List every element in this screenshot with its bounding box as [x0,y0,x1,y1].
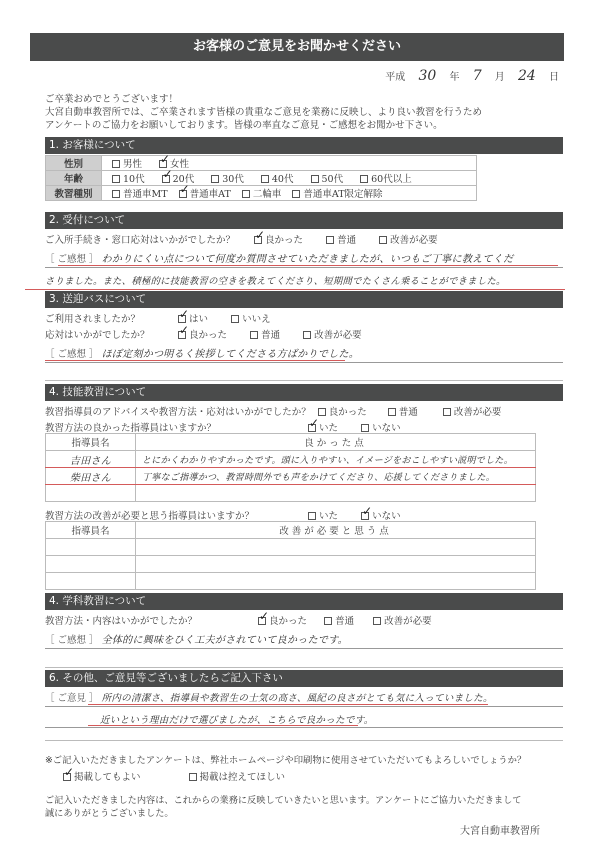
ruled-line [45,380,563,381]
good-point[interactable] [136,485,536,502]
instructor-eval-question: 教習指導員のアドバイスや教習方法・応対はいかがでしたか？ [45,407,311,418]
table-row[interactable] [46,573,536,590]
checkbox-checked-icon[interactable] [178,331,186,339]
academic-comment-line-1: 全体的に興味をひく工夫がされていて良かったです。 [102,635,348,646]
other-comment[interactable]: ［ ご意見 ］ 所内の清潔さ、指導員や教習生の士気の高さ、風紀の良さがとても気に… [45,690,563,704]
good-instructor-yes[interactable]: いた [308,420,338,434]
intro-text: ご卒業おめでとうございます！ 大宮自動車教習所では、ご卒業されます皆様の貴重なご… [45,93,565,132]
date-day-unit: 日 [549,72,559,83]
bad-instructor-yes[interactable]: いた [308,508,338,522]
checkbox-checked-icon[interactable] [254,236,262,244]
instructor-eval-improve[interactable]: 改善が必要 [443,404,502,418]
intro-line-1: ご卒業おめでとうございます！ [45,93,565,106]
bad-instructor-table: 指導員名 改善が必要と思う点 [45,521,536,590]
improve-point[interactable] [136,539,536,556]
bad-instructor-no[interactable]: いない [361,508,401,522]
section-6-header: 6. その他、ご意見等ございましたらご記入下さい [45,670,563,687]
course-option-mt[interactable]: 普通車MT [112,186,168,200]
checkbox-icon[interactable] [324,617,332,625]
instructor-eval-good[interactable]: 良かった [318,404,367,418]
instructor-name[interactable]: 柴田さん [46,468,136,485]
checkbox-icon[interactable] [292,190,300,198]
col-improve-point: 改善が必要と思う点 [136,522,536,539]
checkbox-checked-icon[interactable] [178,315,186,323]
checkbox-icon[interactable] [250,331,258,339]
checkbox-icon[interactable] [443,408,451,416]
checkbox-icon[interactable] [112,160,120,168]
good-instructor-question: 教習方法の良かった指導員はいますか？ [45,420,285,434]
table-row[interactable] [46,485,536,502]
course-option-at[interactable]: 普通車AT [179,186,231,200]
bus-usage-row: ご利用されましたか？ はい いいえ [45,311,271,325]
checkbox-icon[interactable] [388,408,396,416]
course-option-at-limit-removal[interactable]: 普通車AT限定解除 [292,186,382,200]
table-row[interactable] [46,539,536,556]
checkbox-checked-icon[interactable] [162,175,170,183]
date-year[interactable]: 30 [418,68,436,84]
improve-point[interactable] [136,556,536,573]
ruled-line [45,727,563,728]
other-comment-line-1: 所内の清潔さ、指導員や教習生の士気の高さ、風紀の良さがとても気に入っていました。 [102,693,493,704]
signature: 大宮自動車教習所 [460,822,540,837]
gender-row: 性別 男性 女性 [46,156,477,171]
section-1-header: 1. お客様について [45,137,563,154]
date-day[interactable]: 24 [518,68,536,84]
ruled-line [45,648,563,649]
course-type-row: 教習種別 普通車MT 普通車AT 二輪車 普通車AT限定解除 [46,186,477,201]
checkbox-icon[interactable] [231,315,239,323]
checkbox-icon[interactable] [308,512,316,520]
intro-line-3: アンケートのご協力をお願いしております。皆様の率直なご意見・ご感想をお聞かせ下さ… [45,119,565,132]
reception-option-improve[interactable]: 改善が必要 [379,232,438,246]
checkbox-icon[interactable] [303,331,311,339]
date-line: 平成 30 年 7 月 24 日 [385,68,559,84]
academic-option-improve[interactable]: 改善が必要 [373,613,432,627]
checkbox-icon[interactable] [112,190,120,198]
comment-label: ［ ご感想 ］ [45,635,99,646]
checkbox-icon[interactable] [318,408,326,416]
age-option-40s[interactable]: 40代 [261,171,294,185]
publish-question: ※ご記入いただきましたアンケートは、弊社ホームページや印刷物に使用させていただい… [45,752,526,766]
reception-question-row: ご入所手続き・窓口応対はいかがでしたか？ 良かった 普通 改善が必要 [45,232,438,246]
reception-option-normal[interactable]: 普通 [326,232,356,246]
ruled-line [45,706,563,707]
closing-line-2: 誠にありがとうございました。 [45,807,565,820]
reception-comment-cont: さりました。また、積極的に技能教習の空きを教えてくださり、短期間でたくさん乗るこ… [45,273,563,287]
section-4-header: 4. 技能教習について [45,384,563,401]
age-option-60s-plus[interactable]: 60代以上 [360,171,412,185]
bus-comment-line-1: ほぼ定刻かつ明るく挨拶してくださる方ばかりでした。 [102,349,360,360]
reception-question: ご入所手続き・窓口応対はいかがでしたか？ [45,235,235,246]
improve-point[interactable] [136,573,536,590]
age-label: 年齢 [46,171,102,186]
comment-label: ［ ご意見 ］ [45,693,99,704]
intro-line-2: 大宮自動車教習所では、ご卒業されます皆様の貴重なご意見を業務に反映し、より良い教… [45,106,565,119]
bad-instructor-row: 教習方法の改善が必要と思う指導員はいますか？ いた いない [45,508,401,522]
good-point[interactable]: 丁寧なご指導かつ、教習時間外でも声をかけてくださり、応援してくださりました。 [136,468,536,485]
underline [88,725,358,726]
bus-service-normal[interactable]: 普通 [250,327,280,341]
age-option-30s[interactable]: 30代 [211,171,244,185]
checkbox-icon[interactable] [112,175,120,183]
course-option-motorcycle[interactable]: 二輪車 [242,186,282,200]
age-option-10s[interactable]: 10代 [112,171,145,185]
checkbox-icon[interactable] [311,175,319,183]
instructor-name[interactable] [46,485,136,502]
academic-question: 教習方法・内容はいかがでしたか？ [45,613,215,627]
bus-service-question: 応対はいかがでしたか？ [45,327,150,341]
course-type-label: 教習種別 [46,186,102,201]
table-row[interactable] [46,556,536,573]
academic-comment[interactable]: ［ ご感想 ］ 全体的に興味をひく工夫がされていて良かったです。 [45,631,563,646]
checkbox-icon[interactable] [242,190,250,198]
academic-question-row: 教習方法・内容はいかがでしたか？ 良かった 普通 改善が必要 [45,613,432,627]
form-title: お客様のご意見をお聞かせください [30,33,564,61]
bus-service-improve[interactable]: 改善が必要 [303,327,362,341]
academic-option-good[interactable]: 良かった [258,613,307,627]
bus-service-good[interactable]: 良かった [178,327,227,341]
instructor-name[interactable] [46,573,136,590]
col-good-point: 良かった点 [136,434,536,451]
table-row[interactable]: 柴田さん 丁寧なご指導かつ、教習時間外でも声をかけてくださり、応援してくださりま… [46,468,536,485]
section-3-header: 3. 送迎バスについて [45,291,563,308]
checkbox-icon[interactable] [360,175,368,183]
instructor-eval-normal[interactable]: 普通 [388,404,418,418]
ruled-line [45,267,563,268]
underline [88,704,488,705]
checkbox-icon[interactable] [361,424,369,432]
good-instructor-table: 指導員名 良かった点 吉田さん とにかくわかりやすかったです。頭に入りやすい、イ… [45,433,536,502]
age-option-50s[interactable]: 50代 [311,171,344,185]
checkbox-icon[interactable] [373,617,381,625]
good-instructor-row: 教習方法の良かった指導員はいますか？ いた いない [45,420,401,434]
date-year-unit: 年 [450,72,460,83]
checkbox-checked-icon[interactable] [308,424,316,432]
good-instructor-no[interactable]: いない [361,420,401,434]
customer-info-table: 性別 男性 女性 年齢 10代 20代 30代 40代 50代 60代以上 教習… [45,155,477,201]
gender-label: 性別 [46,156,102,171]
date-era: 平成 [385,72,405,83]
academic-option-normal[interactable]: 普通 [324,613,354,627]
bad-instructor-question: 教習方法の改善が必要と思う指導員はいますか？ [45,508,285,522]
underline [58,265,558,266]
col-instructor-name: 指導員名 [46,434,136,451]
reception-comment-line-1: わかりにくい点について何度か質問させていただきましたが、いつもご丁寧に教えてくだ [102,254,514,265]
reception-option-good[interactable]: 良かった [254,232,303,246]
ruled-line [45,740,563,741]
publish-consent: ※ご記入いただきましたアンケートは、弊社ホームページや印刷物に使用させていただい… [45,752,526,783]
other-comment-cont: 近いという理由だけで選びましたが、こちらで良かったです。 [100,712,560,726]
bus-usage-question: ご利用されましたか？ [45,311,150,325]
publish-decline-option[interactable]: 掲載は控えてほしい [189,772,286,783]
date-month-unit: 月 [495,72,505,83]
publish-ok-option[interactable]: 掲載してもよい [63,772,141,783]
good-point[interactable]: とにかくわかりやすかったです。頭に入りやすい、イメージをおこしやすい説明でした。 [136,451,536,468]
underline [45,360,345,361]
closing-message: ご記入いただきました内容は、これからの業務に反映していきたいと思います。アンケー… [45,794,565,820]
table-row[interactable]: 吉田さん とにかくわかりやすかったです。頭に入りやすい、イメージをおこしやすい説… [46,451,536,468]
section-academic-header: 4. 学科教習について [45,593,563,610]
col-instructor-name: 指導員名 [46,522,136,539]
closing-line-1: ご記入いただきました内容は、これからの業務に反映していきたいと思います。アンケー… [45,794,565,807]
reception-comment-line-2: さりました。また、積極的に技能教習の空きを教えてくださり、短期間でたくさん乗るこ… [45,276,506,287]
bus-usage-no[interactable]: いいえ [231,311,271,325]
checkbox-icon[interactable] [211,175,219,183]
reception-comment[interactable]: ［ ご感想 ］ わかりにくい点について何度か質問させていただきましたが、いつもご… [45,250,563,265]
instructor-eval-row: 教習指導員のアドバイスや教習方法・応対はいかがでしたか？ 良かった 普通 改善が… [45,404,501,418]
bus-comment[interactable]: ［ ご感想 ］ ほぼ定刻かつ明るく挨拶してくださる方ばかりでした。 [45,345,563,360]
comment-label: ［ ご感想 ］ [45,349,99,360]
instructor-name[interactable] [46,539,136,556]
ruled-line [45,667,563,668]
checkbox-icon[interactable] [379,236,387,244]
age-row: 年齢 10代 20代 30代 40代 50代 60代以上 [46,171,477,186]
bus-service-row: 応対はいかがでしたか？ 良かった 普通 改善が必要 [45,327,362,341]
checkbox-icon[interactable] [189,773,197,781]
comment-label: ［ ご感想 ］ [45,254,99,265]
checkbox-checked-icon[interactable] [361,512,369,520]
underline [25,289,565,290]
checkbox-checked-icon[interactable] [258,617,266,625]
checkbox-icon[interactable] [326,236,334,244]
gender-option-male[interactable]: 男性 [112,156,142,170]
instructor-name[interactable]: 吉田さん [46,451,136,468]
checkbox-icon[interactable] [261,175,269,183]
checkbox-checked-icon[interactable] [179,190,187,198]
date-month[interactable]: 7 [473,68,482,84]
ruled-line [45,362,563,363]
section-2-header: 2. 受付について [45,212,563,229]
checkbox-checked-icon[interactable] [63,773,71,781]
instructor-name[interactable] [46,556,136,573]
